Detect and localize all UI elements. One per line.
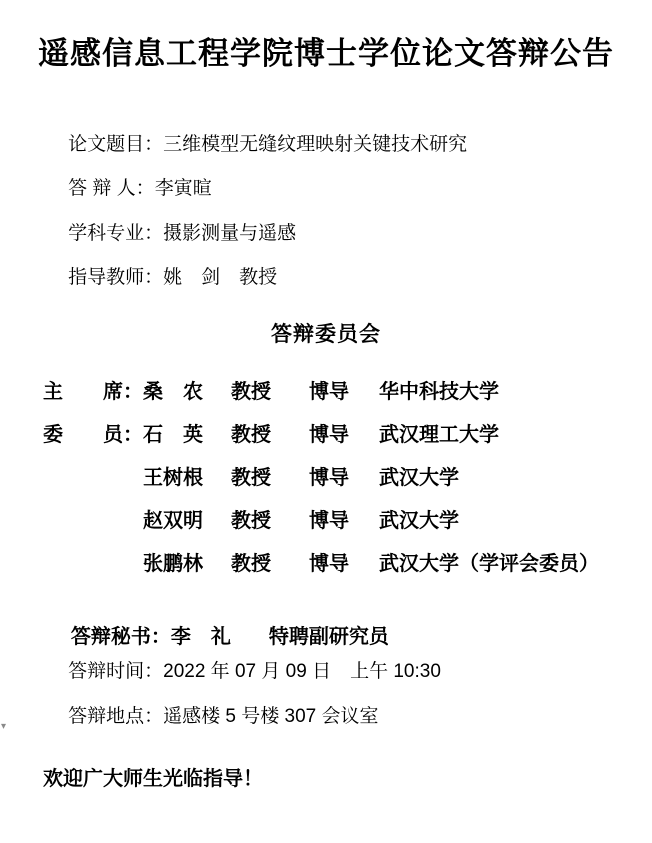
- committee-row-role: 主 席：: [43, 375, 143, 404]
- committee-row-name: 桑 农: [143, 375, 231, 404]
- committee-row-name: 石 英: [143, 418, 231, 447]
- committee-table: 主 席： 桑 农 教授 博导 华中科技大学 委 员： 石 英 教授 博导 武汉理…: [43, 368, 642, 583]
- supervisor-label: 指导教师：: [68, 267, 163, 288]
- committee-heading: 答辩委员会: [0, 318, 652, 348]
- defense-venue-line: 答辩地点：遥感楼 5 号楼 307 会议室: [47, 679, 379, 750]
- committee-row-title: 教授: [231, 461, 309, 490]
- committee-row-advisor: 博导: [309, 461, 379, 490]
- committee-row-title: 教授: [231, 418, 309, 447]
- committee-row-university: 武汉大学: [379, 504, 642, 533]
- committee-row-advisor: 博导: [309, 418, 379, 447]
- committee-row-title: 教授: [231, 375, 309, 404]
- page-title: 遥感信息工程学院博士学位论文答辩公告: [0, 28, 652, 73]
- committee-row-university: 武汉大学（学评会委员）: [379, 547, 642, 576]
- committee-row-university: 武汉大学: [379, 461, 642, 490]
- supervisor-line: 指导教师：姚 剑 教授: [47, 240, 277, 311]
- committee-row-university: 武汉理工大学: [379, 418, 642, 447]
- committee-row-name: 张鹏林: [143, 547, 231, 576]
- defense-venue-value: 遥感楼 5 号楼 307 会议室: [163, 706, 378, 727]
- committee-row-advisor: 博导: [309, 547, 379, 576]
- margin-marker-icon: ▾: [1, 722, 6, 732]
- announcement-page: 遥感信息工程学院博士学位论文答辩公告 论文题目：三维模型无缝纹理映射关键技术研究…: [0, 0, 652, 843]
- committee-row-name: 王树根: [143, 461, 231, 490]
- committee-row-advisor: 博导: [309, 375, 379, 404]
- committee-row-university: 华中科技大学: [379, 375, 642, 404]
- defense-venue-label: 答辩地点：: [68, 706, 163, 727]
- committee-row-advisor: 博导: [309, 504, 379, 533]
- supervisor-value: 姚 剑 教授: [163, 267, 277, 288]
- welcome-line: 欢迎广大师生光临指导！: [43, 762, 263, 791]
- committee-row-title: 教授: [231, 547, 309, 576]
- committee-row-role: 委 员：: [43, 418, 143, 447]
- committee-row-title: 教授: [231, 504, 309, 533]
- committee-row-name: 赵双明: [143, 504, 231, 533]
